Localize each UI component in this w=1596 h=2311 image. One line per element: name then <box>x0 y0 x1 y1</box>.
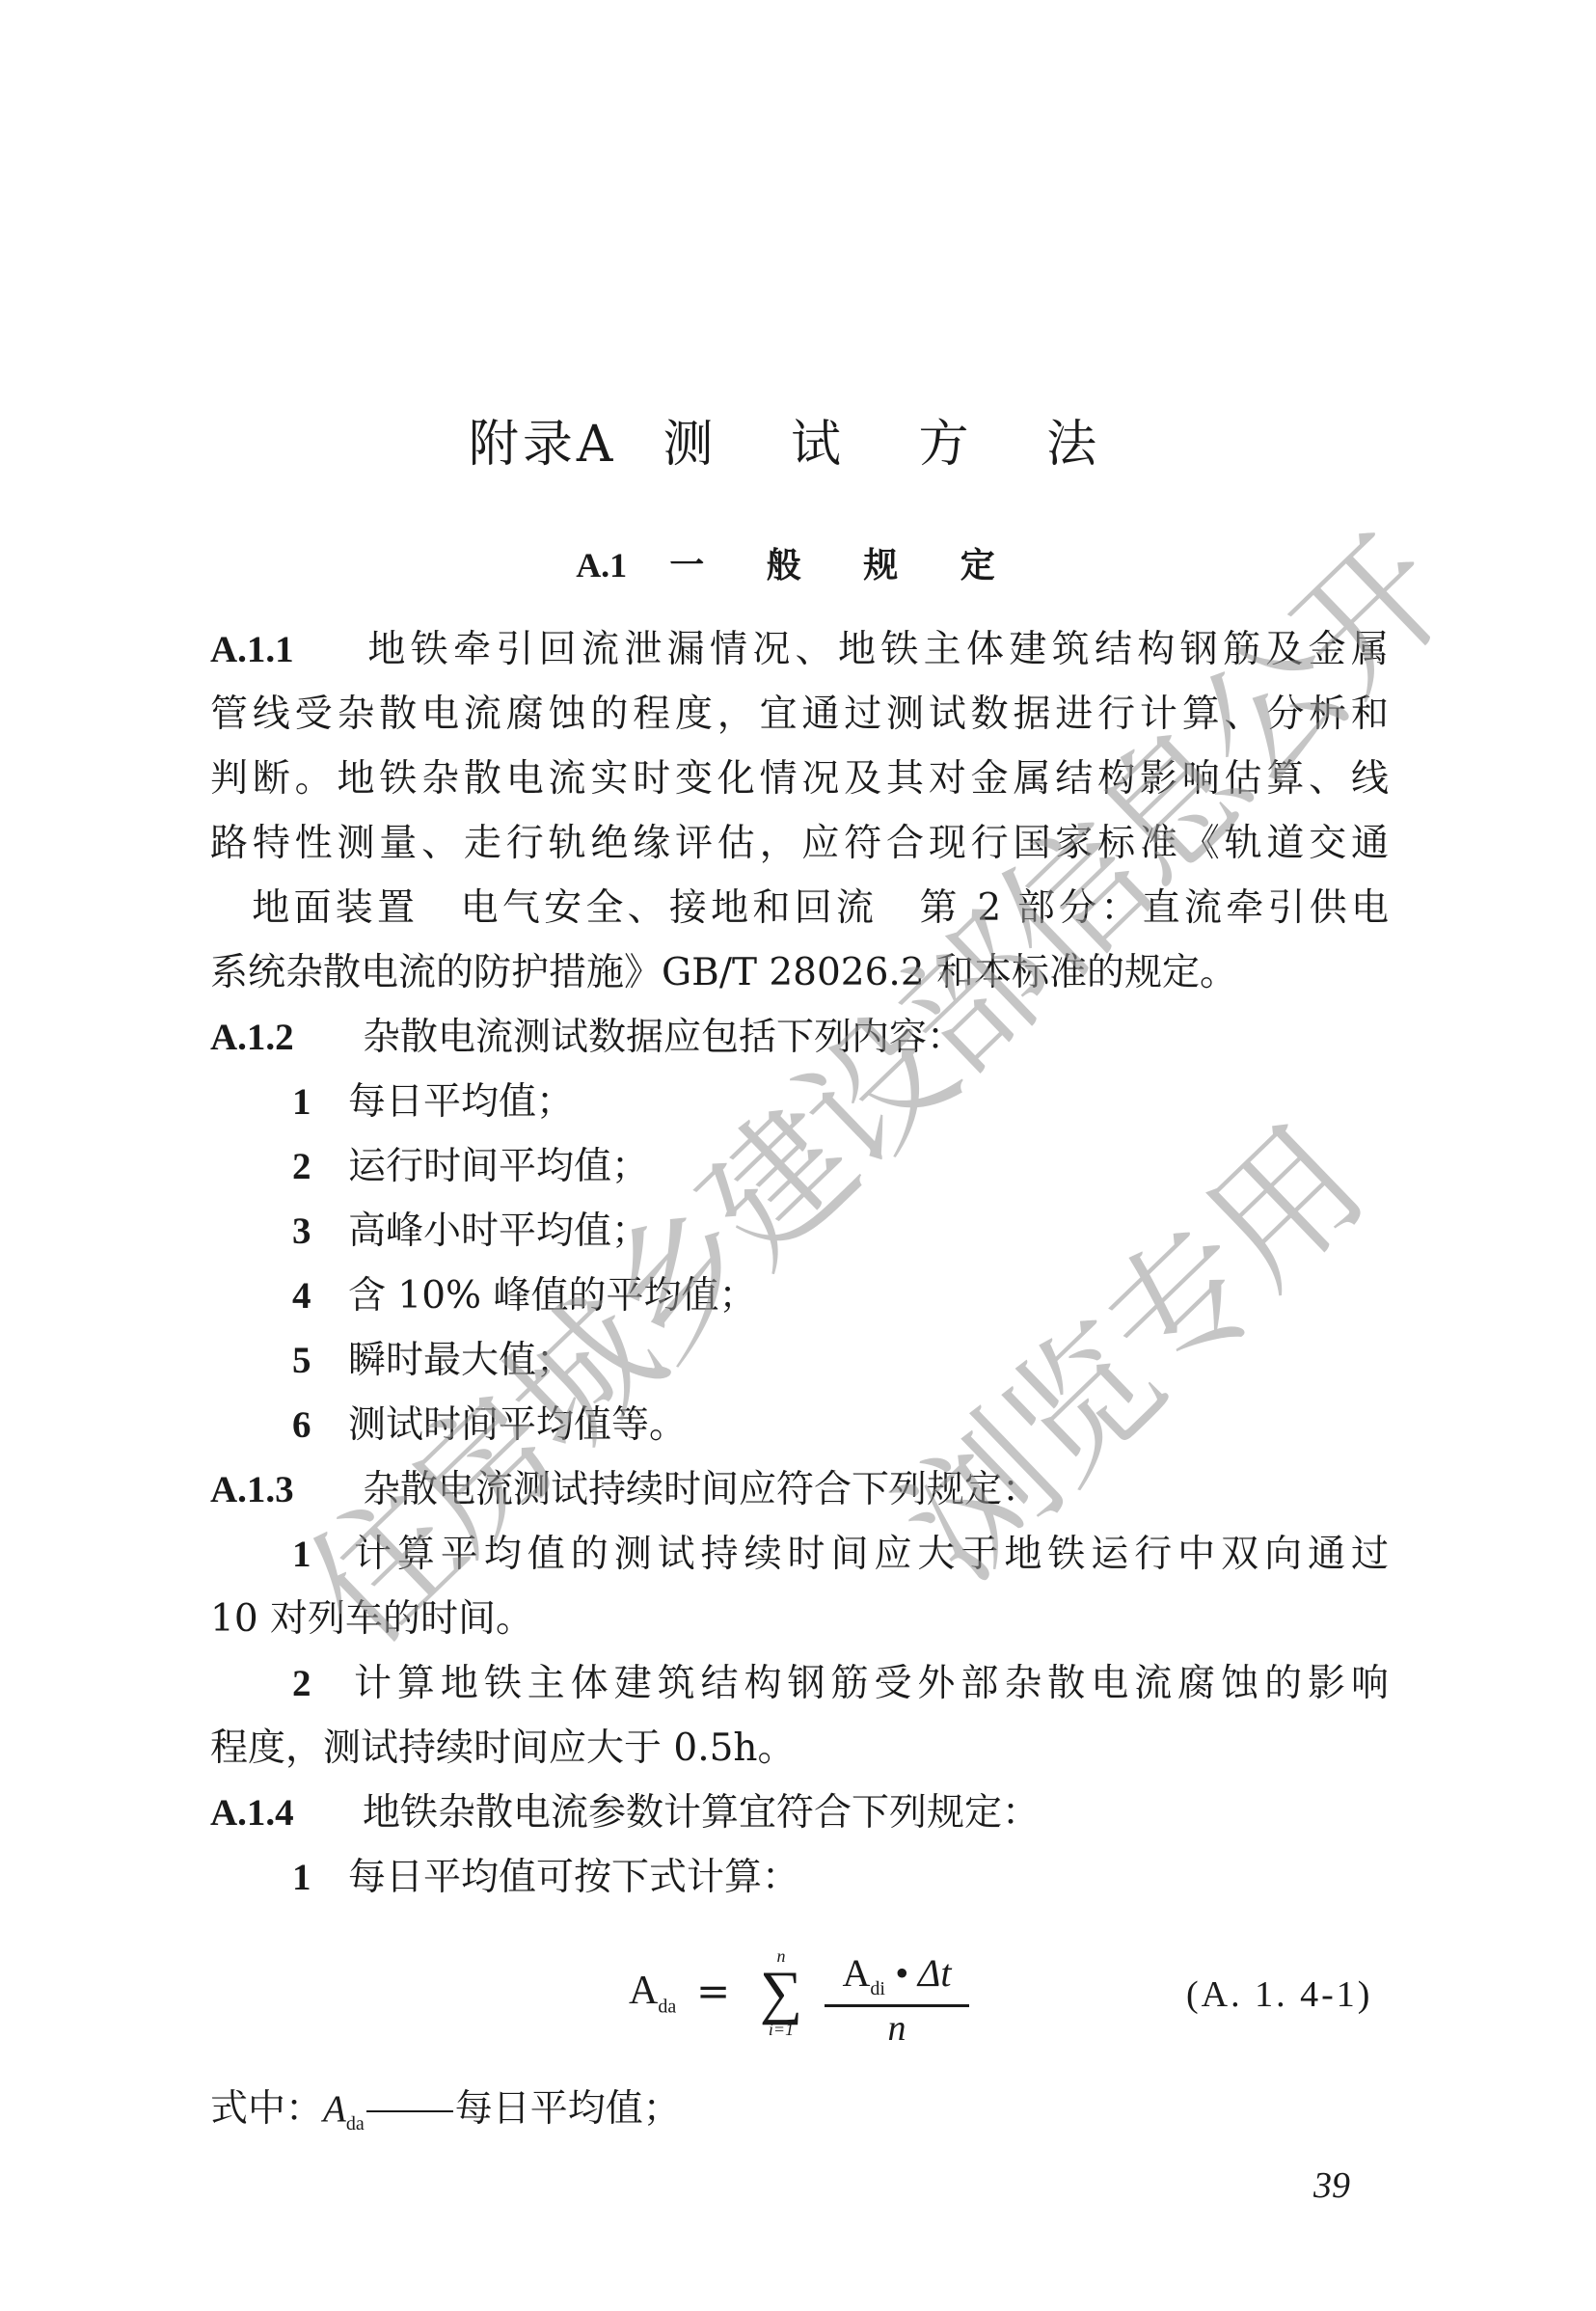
item-text: 高峰小时平均值； <box>348 1210 649 1253</box>
formula-lhs: Ada <box>629 1968 676 2018</box>
item-continuation: 程度，测试持续时间应大于 0.5h。 <box>210 1716 1389 1781</box>
numerator-rest: • Δt <box>885 1951 952 1995</box>
section-title: 一 般 规 定 <box>669 545 1020 585</box>
item-text: 瞬时最大值； <box>348 1339 574 1382</box>
fraction: Adi • Δt n <box>825 1950 969 2050</box>
numerator: Adi • Δt <box>825 1950 969 2007</box>
clause-a-1-4: A.1.4地铁杂散电流参数计算宜符合下列规定： 1每日平均值可按下式计算： <box>210 1781 1389 1910</box>
list-item: 1每日平均值； <box>210 1070 1389 1134</box>
lhs-subscript: da <box>658 1996 676 2017</box>
item-text: 测试时间平均值等。 <box>348 1403 687 1447</box>
em-dash-line <box>366 2110 453 2112</box>
where-clause: 式中：Ada每日平均值； <box>210 2079 681 2135</box>
list-item: 5瞬时最大值； <box>210 1328 1389 1393</box>
clause-text-line: 地铁牵引回流泄漏情况、地铁主体建筑结构钢筋及金属 <box>363 628 1389 671</box>
item-number: 1 <box>292 1070 348 1134</box>
item-number: 1 <box>292 1845 348 1910</box>
item-number: 2 <box>292 1651 348 1716</box>
list-item: 2计算地铁主体建筑结构钢筋受外部杂散电流腐蚀的影响 <box>210 1651 1389 1716</box>
lhs-symbol: A <box>629 1969 658 2013</box>
item-text: 计算地铁主体建筑结构钢筋受外部杂散电流腐蚀的影响 <box>348 1662 1389 1705</box>
item-number: 3 <box>292 1199 348 1264</box>
clause-number: A.1.3 <box>210 1457 363 1522</box>
formula-equals: = <box>696 1968 730 2015</box>
list-item: 6测试时间平均值等。 <box>210 1393 1389 1457</box>
list-item: 2运行时间平均值； <box>210 1134 1389 1199</box>
clause-a-1-1: A.1.1地铁牵引回流泄漏情况、地铁主体建筑结构钢筋及金属 管线受杂散电流腐蚀的… <box>210 617 1389 1005</box>
item-text: 每日平均值； <box>348 1080 574 1124</box>
numerator-subscript: di <box>870 1978 885 1999</box>
clause-a-1-2: A.1.2杂散电流测试数据应包括下列内容： 1每日平均值； 2运行时间平均值； … <box>210 1005 1389 1457</box>
item-text: 计算平均值的测试持续时间应大于地铁运行中双向通过 <box>348 1533 1389 1576</box>
appendix-title: 附录A测 试 方 法 <box>0 403 1596 476</box>
clause-text-line: 判断。地铁杂散电流实时变化情况及其对金属结构影响估算、线 <box>210 747 1389 811</box>
clause-a-1-3: A.1.3杂散电流测试持续时间应符合下列规定： 1计算平均值的测试持续时间应大于… <box>210 1457 1389 1781</box>
clause-text-line: 路特性测量、走行轨绝缘评估，应符合现行国家标准《轨道交通 <box>210 811 1389 876</box>
appendix-label: 附录A <box>469 416 617 474</box>
item-text: 含 10% 峰值的平均值； <box>348 1274 756 1318</box>
item-number: 6 <box>292 1393 348 1457</box>
clause-number: A.1.2 <box>210 1005 363 1070</box>
page-number: 39 <box>1313 2164 1350 2207</box>
numerator-symbol: A <box>842 1951 870 1995</box>
symbol-subscript: da <box>346 2113 365 2134</box>
list-item: 1每日平均值可按下式计算： <box>210 1845 1389 1910</box>
clause-text: 地铁杂散电流参数计算宜符合下列规定： <box>363 1791 1040 1835</box>
clause-text: 杂散电流测试持续时间应符合下列规定： <box>363 1468 1040 1511</box>
item-continuation: 10 对列车的时间。 <box>210 1587 1389 1651</box>
item-number: 4 <box>292 1264 348 1328</box>
list-item: 1计算平均值的测试持续时间应大于地铁运行中双向通过 <box>210 1522 1389 1587</box>
denominator: n <box>825 2007 969 2050</box>
formula-a-1-4-1: Ada = n ∑ i=1 Adi • Δt n (A. 1. 4-1) <box>0 1939 1596 2045</box>
list-item: 4含 10% 峰值的平均值； <box>210 1264 1389 1328</box>
clause-number: A.1.1 <box>210 617 363 682</box>
where-description: 每日平均值； <box>455 2087 681 2131</box>
where-symbol: Ada <box>323 2088 365 2130</box>
item-number: 5 <box>292 1328 348 1393</box>
document-page: 附录A测 试 方 法 A.1一 般 规 定 A.1.1地铁牵引回流泄漏情况、地铁… <box>0 0 1596 2311</box>
summation: n ∑ i=1 <box>752 1946 810 2040</box>
list-item: 3高峰小时平均值； <box>210 1199 1389 1264</box>
item-number: 1 <box>292 1522 348 1587</box>
sigma-symbol: ∑ <box>752 1966 810 2020</box>
section-number: A.1 <box>576 546 627 585</box>
where-prefix: 式中： <box>210 2087 323 2131</box>
item-text: 每日平均值可按下式计算： <box>348 1856 799 1899</box>
clause-text-line: 地面装置 电气安全、接地和回流 第 2 部分：直流牵引供电 <box>210 876 1389 940</box>
item-number: 2 <box>292 1134 348 1199</box>
clause-text: 杂散电流测试数据应包括下列内容： <box>363 1016 964 1059</box>
symbol-letter: A <box>323 2088 346 2130</box>
item-text: 运行时间平均值； <box>348 1145 649 1188</box>
equation-number: (A. 1. 4-1) <box>1186 1973 1372 2016</box>
clause-text-line: 管线受杂散电流腐蚀的程度，宜通过测试数据进行计算、分析和 <box>210 682 1389 747</box>
appendix-title-words: 测 试 方 法 <box>663 416 1127 474</box>
section-heading: A.1一 般 规 定 <box>0 538 1596 587</box>
clause-number: A.1.4 <box>210 1781 363 1845</box>
clause-text-line: 系统杂散电流的防护措施》GB/T 28026.2 和本标准的规定。 <box>210 940 1389 1005</box>
